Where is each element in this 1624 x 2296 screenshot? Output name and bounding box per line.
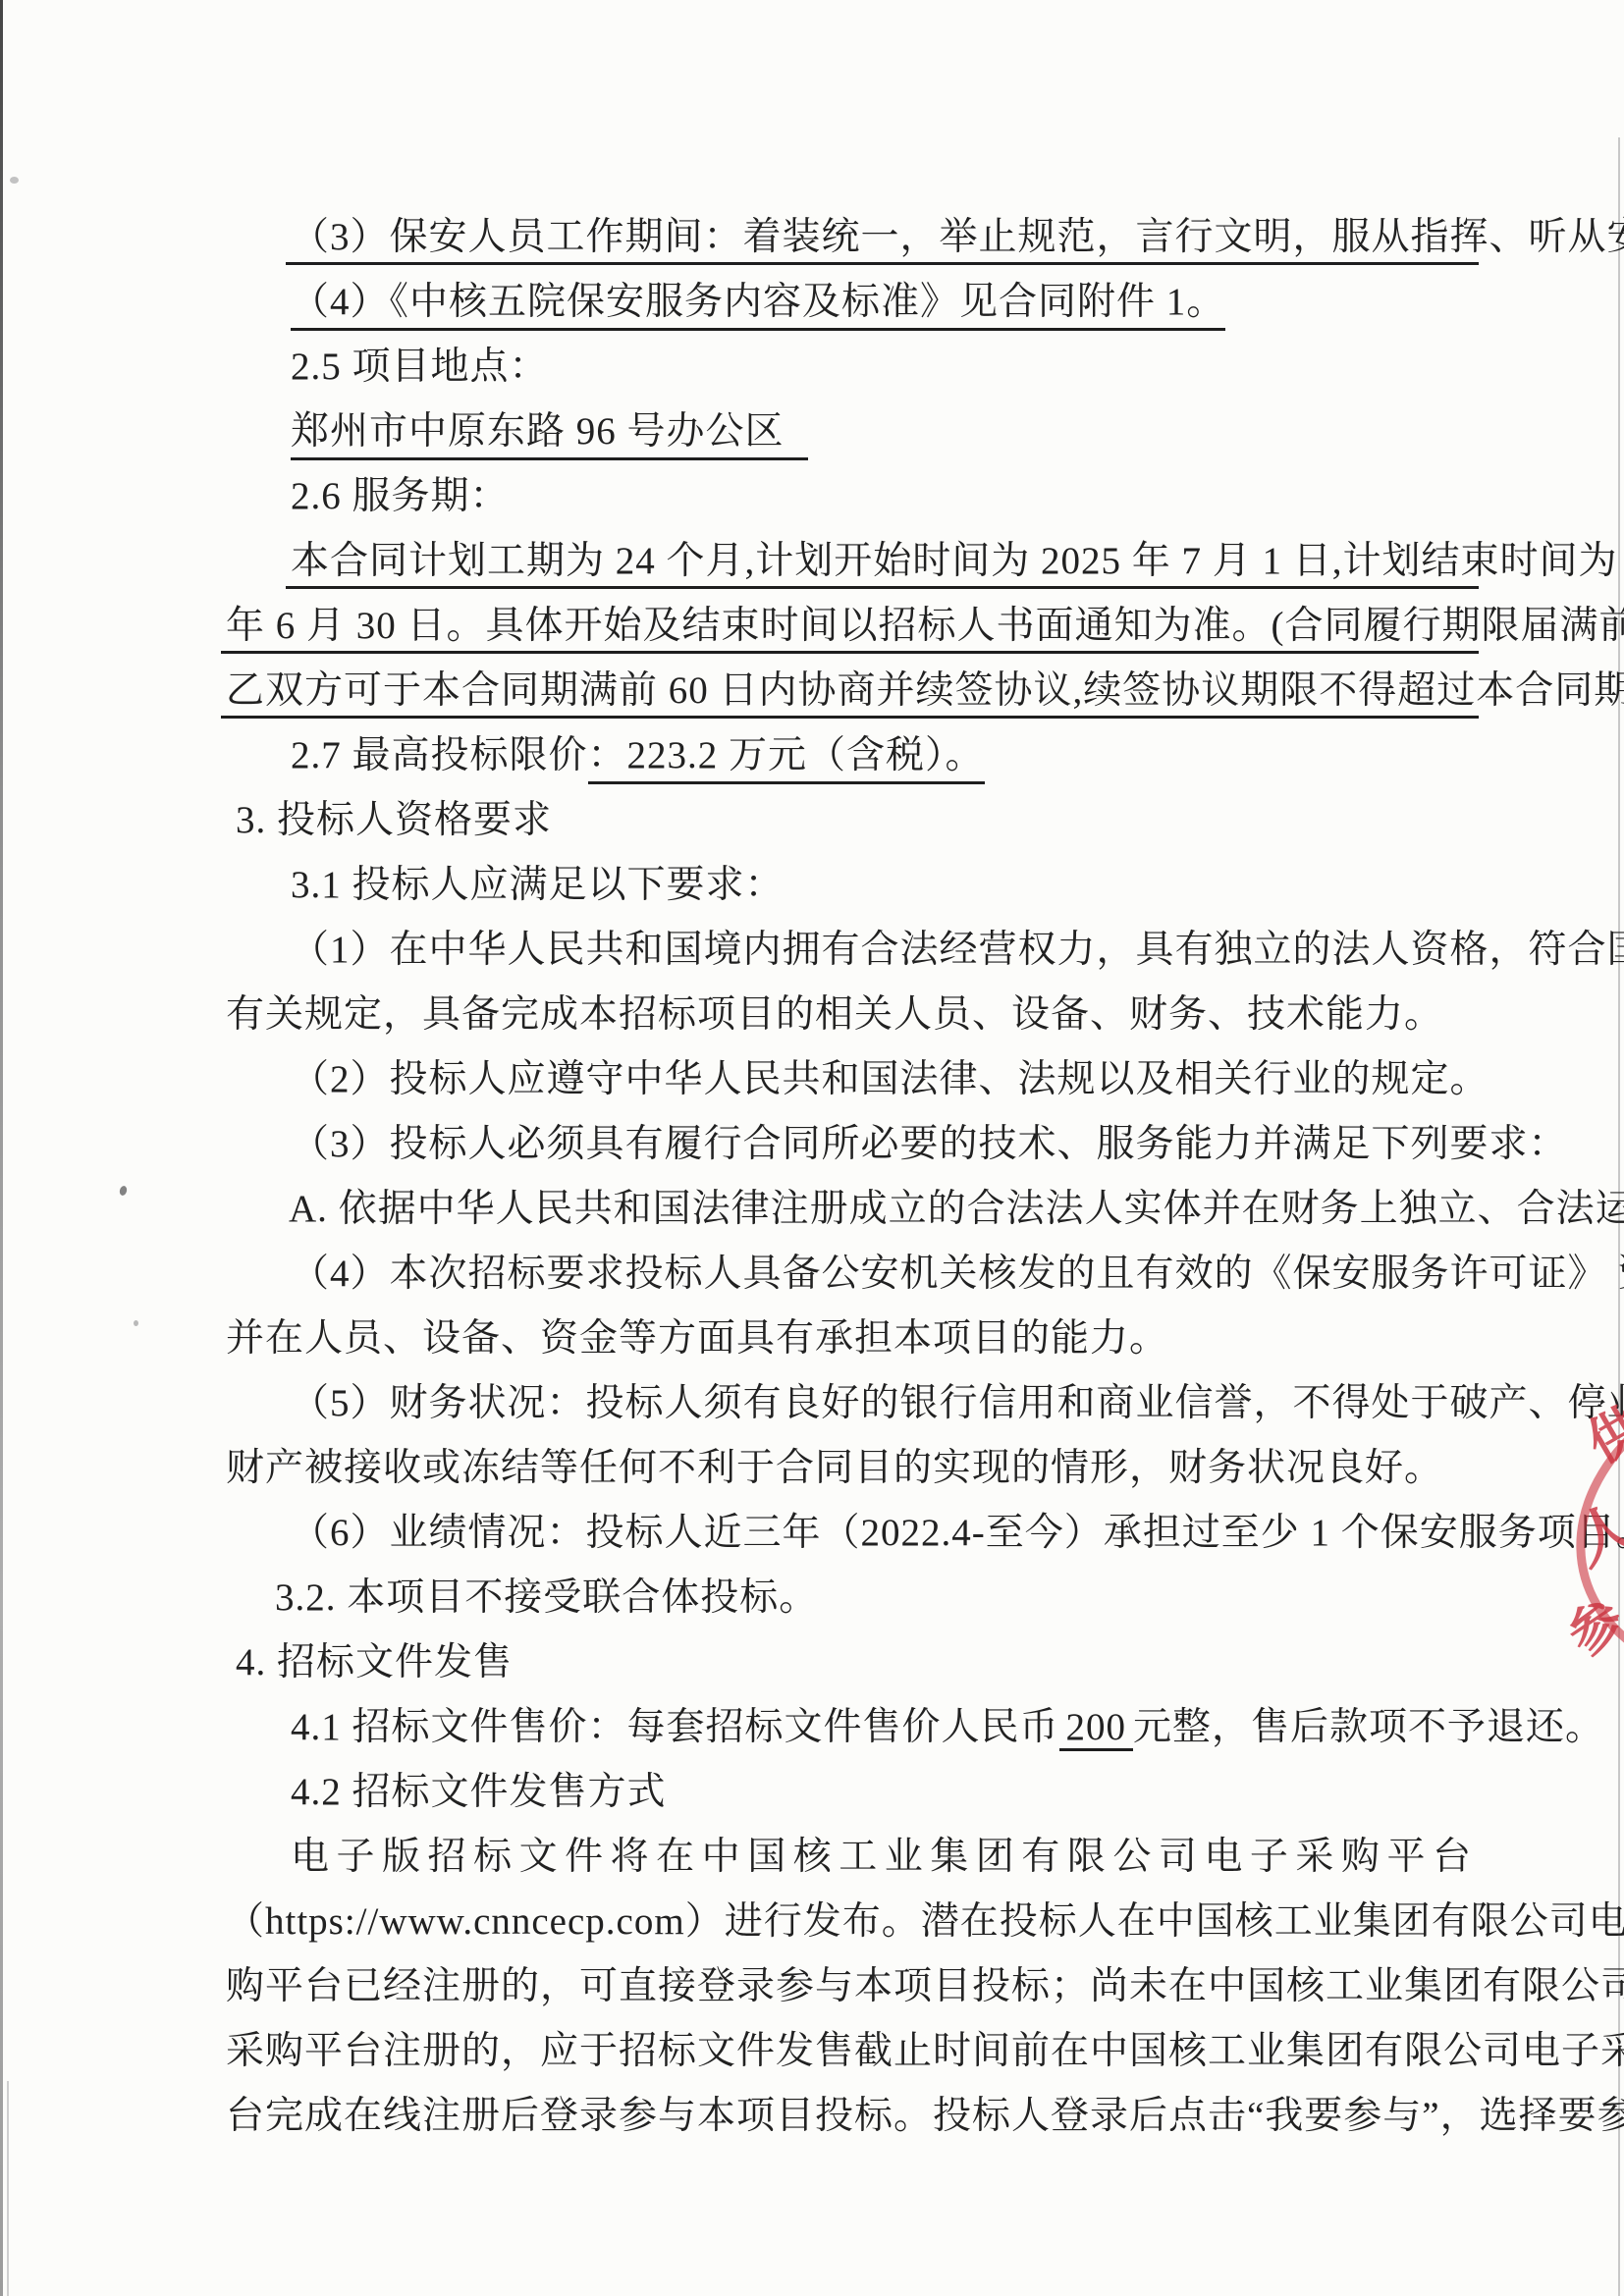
scan-edge-left-secondary — [7, 2081, 9, 2296]
doc-line: （3）保安人员工作期间：着装统一，举止规范，言行文明，服从指挥、听从安排。 — [291, 205, 1477, 270]
doc-line-text: 2.7 最高投标限价 — [291, 734, 588, 776]
doc-line: （https://www.cnncecp.com）进行发布。潜在投标人在中国核工… — [226, 1890, 1477, 1954]
seal-character: 供 — [1571, 1386, 1624, 1478]
underlined-text: 郑州市中原东路 96 号办公区 — [291, 410, 808, 460]
underlined-text: 200 — [1059, 1706, 1134, 1751]
doc-line: （2）投标人应遵守中华人民共和国法律、法规以及相关行业的规定。 — [291, 1047, 1477, 1112]
doc-line: （3）投标人必须具有履行合同所必要的技术、服务能力并满足下列要求： — [291, 1112, 1477, 1177]
doc-line: 有关规定，具备完成本招标项目的相关人员、设备、财务、技术能力。 — [226, 983, 1477, 1047]
red-seal-stamp: 供 人 参 — [1567, 1353, 1624, 1716]
underlined-text: （4）《中核五院保安服务内容及标准》见合同附件 1。 — [291, 281, 1225, 331]
doc-line: 本合同计划工期为 24 个月,计划开始时间为 2025 年 7 月 1 日,计划… — [291, 529, 1477, 594]
doc-line: 并在人员、设备、资金等方面具有承担本项目的能力。 — [226, 1307, 1477, 1371]
doc-line: 3.2. 本项目不接受联合体投标。 — [275, 1566, 1477, 1630]
doc-line-text: 4.1 招标文件售价：每套招标文件售价人民币 — [291, 1706, 1059, 1748]
document-body: （3）保安人员工作期间：着装统一，举止规范，言行文明，服从指挥、听从安排。 （4… — [226, 205, 1477, 2149]
doc-line: 年 6 月 30 日。具体开始及结束时间以招标人书面通知为准。(合同履行期限届满… — [226, 594, 1477, 659]
doc-line: 2.7 最高投标限价：223.2 万元（含税）。 — [291, 723, 1477, 788]
doc-line: （6）业绩情况：投标人近三年（2022.4-至今）承担过至少 1 个保安服务项目… — [291, 1501, 1477, 1566]
scan-artifact-dot-top — [10, 177, 19, 184]
underlined-text: ：223.2 万元（含税）。 — [588, 734, 985, 784]
doc-line: 3.1 投标人应满足以下要求： — [291, 853, 1477, 918]
doc-line: 财产被接收或冻结等任何不利于合同目的实现的情形，财务状况良好。 — [226, 1436, 1477, 1501]
doc-line-text: 元整，售后款项不予退还。 — [1133, 1706, 1604, 1748]
doc-line: 4.1 招标文件售价：每套招标文件售价人民币200元整，售后款项不予退还。 — [291, 1695, 1477, 1760]
doc-line: 采购平台注册的，应于招标文件发售截止时间前在中国核工业集团有限公司电子采购平 — [226, 2019, 1477, 2084]
doc-line: （5）财务状况：投标人须有良好的银行信用和商业信誉，不得处于破产、停业、 — [291, 1371, 1477, 1436]
section-heading: 4. 招标文件发售 — [236, 1630, 1477, 1695]
doc-line: 2.5 项目地点： — [291, 335, 1477, 400]
doc-line: （4）《中核五院保安服务内容及标准》见合同附件 1。 — [291, 270, 1477, 335]
seal-character: 人 — [1558, 1477, 1624, 1582]
doc-line: 台完成在线注册后登录参与本项目投标。投标人登录后点击“我要参与”，选择要参与 — [226, 2084, 1477, 2149]
doc-line: 乙双方可于本合同期满前 60 日内协商并续签协议,续签协议期限不得超过本合同期限… — [226, 659, 1477, 723]
doc-line: 2.6 服务期： — [291, 464, 1477, 529]
scan-artifact-dot-low — [134, 1320, 138, 1326]
doc-line: 郑州市中原东路 96 号办公区 — [291, 400, 1477, 464]
doc-line: （1）在中华人民共和国境内拥有合法经营权力，具有独立的法人资格，符合国家 — [291, 918, 1477, 983]
scan-artifact-dot-mid — [119, 1185, 128, 1196]
section-heading: 3. 投标人资格要求 — [236, 788, 1477, 853]
scan-edge-left — [0, 0, 3, 2296]
doc-line: 4.2 招标文件发售方式 — [291, 1760, 1477, 1825]
doc-line: A. 依据中华人民共和国法律注册成立的合法法人实体并在财务上独立、合法运作。 — [289, 1177, 1477, 1242]
doc-line: 电子版招标文件将在中国核工业集团有限公司电子采购平台 — [291, 1825, 1477, 1890]
scanned-document-page: （3）保安人员工作期间：着装统一，举止规范，言行文明，服从指挥、听从安排。 （4… — [0, 0, 1624, 2296]
doc-line: 购平台已经注册的，可直接登录参与本项目投标；尚未在中国核工业集团有限公司电子 — [226, 1954, 1477, 2019]
doc-line: （4）本次招标要求投标人具备公安机关核发的且有效的《保安服务许可证》 资质， — [291, 1242, 1477, 1307]
